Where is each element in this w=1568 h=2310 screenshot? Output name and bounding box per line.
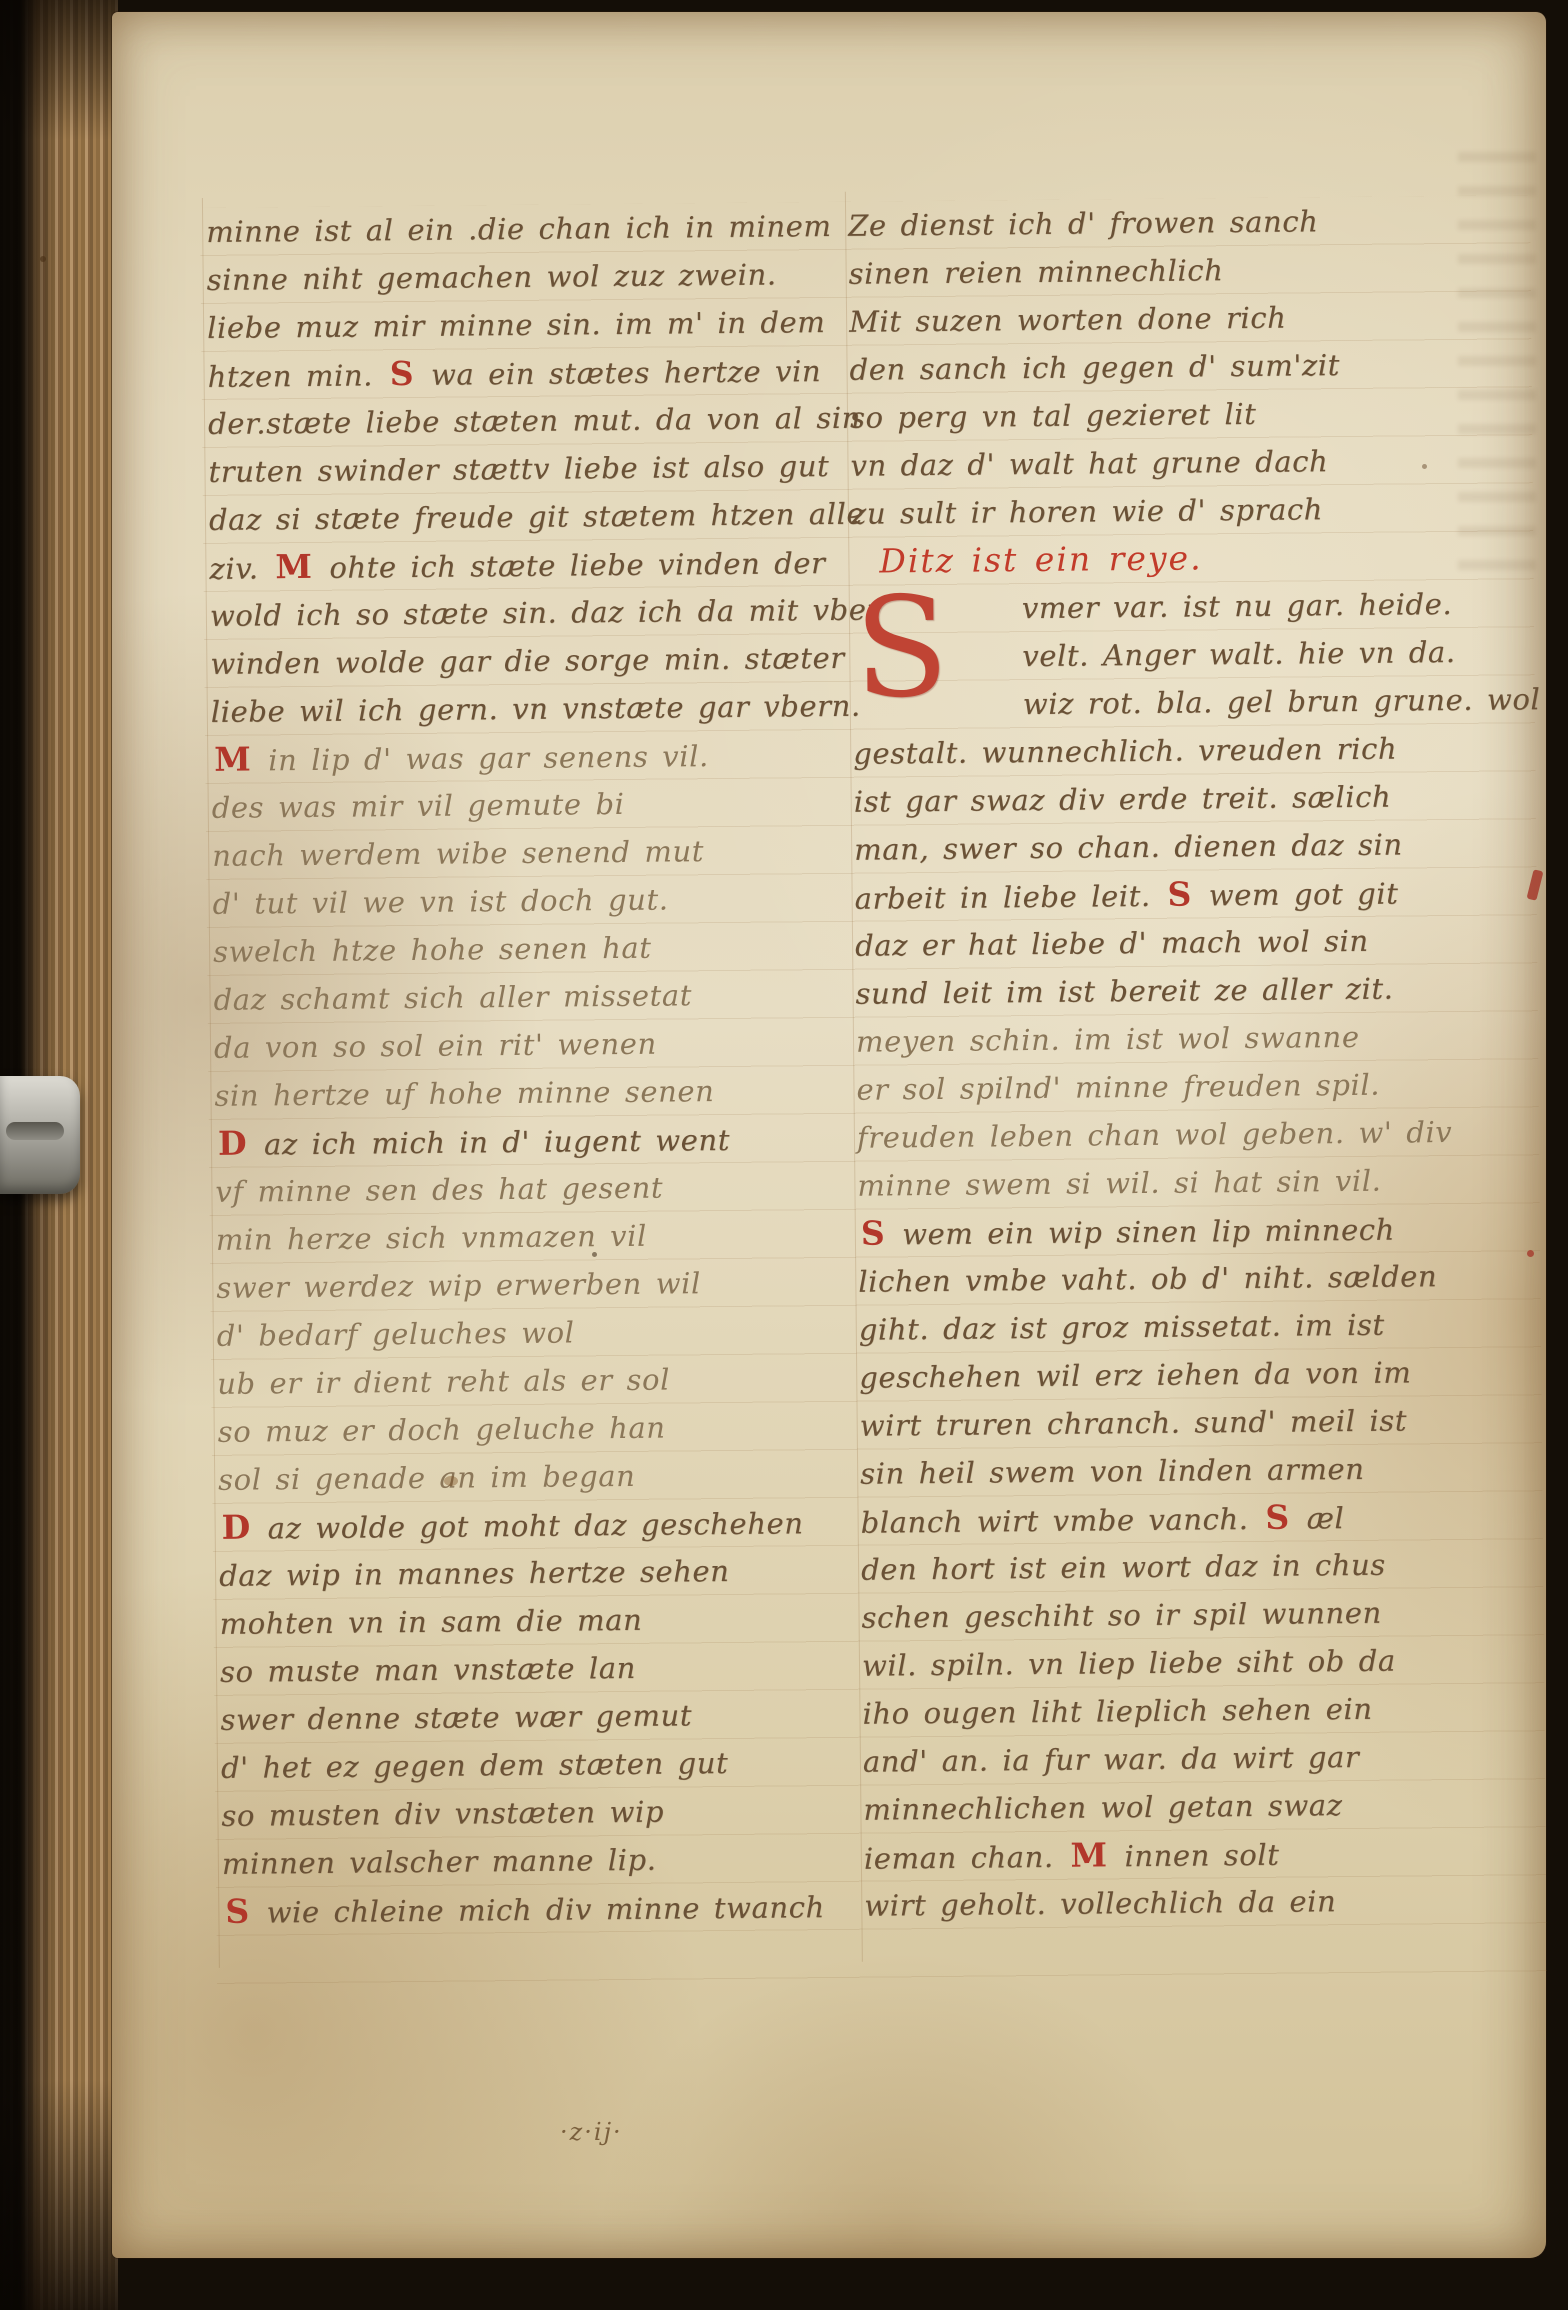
ink-text: ohte ich stæte liebe vinden der: [315, 546, 825, 585]
text-area: minne ist al ein .die chan ich in minems…: [200, 195, 1547, 1988]
ink-text: mohten vn in sam die man: [219, 1603, 642, 1641]
text-line: minne swem si wil. si hat sin vil.: [857, 1156, 1497, 1210]
ink-text: liebe muz mir minne sin. im m' in dem: [207, 305, 826, 345]
ink-text: and' an. ia fur war. da wirt gar: [863, 1740, 1360, 1779]
ink-text: gestalt. wunnechlich. vreuden rich: [853, 732, 1397, 771]
ink-text: sinen reien minnechlich: [848, 253, 1223, 291]
ink-text: swelch htze hohe senen hat: [213, 931, 652, 969]
text-line: daz si stæte freude git stætem htzen all…: [209, 490, 824, 544]
ink-text: truten swinder stættv liebe ist also gut: [208, 449, 829, 489]
red-initial: S: [858, 1213, 889, 1252]
text-line: Mit suzen worten done rich: [849, 292, 1489, 346]
text-line: wold ich so stæte sin. daz ich da mit vb…: [210, 586, 825, 640]
text-line: daz er hat liebe d' mach wol sin: [855, 916, 1495, 970]
text-line: ist gar swaz div erde treit. sælich: [853, 772, 1493, 826]
ink-text: freuden leben chan wol geben. w' div: [857, 1115, 1453, 1155]
ink-text: d' tut vil we vn ist doch gut.: [213, 883, 669, 921]
text-line: giht. daz ist groz missetat. im ist: [859, 1300, 1499, 1354]
text-line: so muz er doch geluche han: [218, 1402, 833, 1456]
text-line: wiz rot. bla. gel brun grune. wol: [853, 676, 1493, 730]
text-line: wirt geholt. vollechlich da ein: [864, 1876, 1504, 1930]
text-line: zu sult ir horen wie d' sprach: [851, 484, 1491, 538]
text-line: gestalt. wunnechlich. vreuden rich: [853, 724, 1493, 778]
text-line: minne ist al ein .die chan ich in minem: [206, 202, 821, 256]
ink-text: ziv.: [209, 551, 272, 586]
text-line: geschehen wil erz iehen da von im: [859, 1348, 1499, 1402]
red-initial: S: [222, 1892, 253, 1931]
ink-text: wil. spiln. vn liep liebe siht ob da: [862, 1644, 1396, 1683]
text-line: daz schamt sich aller missetat: [213, 970, 828, 1024]
ink-text: d' bedarf geluches wol: [217, 1315, 575, 1352]
ink-text: daz schamt sich aller missetat: [213, 978, 692, 1017]
text-line: so perg vn tal gezieret lit: [850, 388, 1490, 442]
manuscript-page: minne ist al ein .die chan ich in minems…: [112, 12, 1546, 2258]
ink-text: er sol spilnd' minne freuden spil.: [856, 1068, 1380, 1107]
ink-text: d' het ez gegen dem stæten gut: [221, 1746, 729, 1785]
text-line: daz wip in mannes hertze sehen: [219, 1546, 834, 1600]
text-line: sund leit im ist bereit ze aller zit.: [855, 964, 1495, 1018]
text-line: iho ougen liht lieplich sehen ein: [862, 1684, 1502, 1738]
ink-text: geschehen wil erz iehen da von im: [859, 1355, 1411, 1394]
text-line: D az wolde got moht daz geschehen: [218, 1498, 833, 1552]
ink-text: da von so sol ein rit' wenen: [214, 1027, 657, 1065]
text-line: htzen min. S wa ein stætes hertze vin: [207, 346, 822, 400]
text-line: nach werdem wibe senend mut: [212, 826, 827, 880]
text-line: blanch wirt vmbe vanch. S æl: [860, 1492, 1500, 1546]
ink-text: sund leit im ist bereit ze aller zit.: [855, 972, 1393, 1011]
text-line: freuden leben chan wol geben. w' div: [857, 1108, 1497, 1162]
ink-text: minnen valscher manne lip.: [222, 1843, 657, 1881]
ink-text: az wolde got moht daz geschehen: [254, 1506, 804, 1545]
ink-text: nach werdem wibe senend mut: [212, 834, 704, 873]
text-line: winden wolde gar die sorge min. stæter: [210, 634, 825, 688]
text-line: liebe muz mir minne sin. im m' in dem: [207, 298, 822, 352]
ink-text: sinne niht gemachen wol zuz zwein.: [207, 257, 777, 296]
text-line: vf minne sen des hat gesent: [215, 1162, 830, 1216]
text-line: so muste man vnstæte lan: [220, 1642, 835, 1696]
ink-text: ieman chan.: [864, 1840, 1068, 1876]
text-line: minnechlichen wol getan swaz: [863, 1780, 1503, 1834]
red-edge-mark: [1527, 1250, 1534, 1257]
text-line: er sol spilnd' minne freuden spil.: [856, 1060, 1496, 1114]
ink-text: so muste man vnstæte lan: [220, 1651, 636, 1689]
stain: [444, 1476, 458, 1486]
ink-text: lichen vmbe vaht. ob d' niht. sælden: [858, 1259, 1437, 1299]
ink-text: iho ougen liht lieplich sehen ein: [862, 1692, 1372, 1731]
text-line: swelch htze hohe senen hat: [213, 922, 828, 976]
ink-text: ub er ir dient reht als er sol: [217, 1363, 670, 1401]
ink-text: az ich mich in d' iugent went: [250, 1123, 730, 1162]
red-initial: S: [387, 354, 418, 393]
ink-text: zu sult ir horen wie d' sprach: [851, 492, 1323, 531]
ink-text: wiz rot. bla. gel brun grune. wol: [1023, 682, 1541, 721]
ink-text: vn daz d' walt hat grune dach: [850, 444, 1328, 483]
ink-text: sin hertze uf hohe minne senen: [214, 1074, 714, 1113]
text-line: min herze sich vnmazen vil: [216, 1210, 831, 1264]
text-line: ziv. M ohte ich stæte liebe vinden der: [209, 538, 824, 592]
ink-text: sol si genade an im began: [218, 1459, 636, 1497]
ink-text: wirt geholt. vollechlich da ein: [864, 1884, 1336, 1923]
text-line: velt. Anger walt. hie vn da.: [852, 628, 1492, 682]
ink-text: so musten div vnstæten wip: [221, 1795, 664, 1833]
ink-text: min herze sich vnmazen vil: [216, 1219, 647, 1257]
text-line: d' tut vil we vn ist doch gut.: [212, 874, 827, 928]
text-line: liebe wil ich gern. vn vnstæte gar vbern…: [211, 682, 826, 736]
ink-text: arbeit in liebe leit.: [854, 879, 1164, 916]
text-line: swer werdez wip erwerben wil: [216, 1258, 831, 1312]
red-initial: M: [1067, 1835, 1111, 1874]
text-line: sinne niht gemachen wol zuz zwein.: [206, 250, 821, 304]
text-line: wil. spiln. vn liep liebe siht ob da: [862, 1636, 1502, 1690]
metal-clasp: [0, 1076, 80, 1194]
text-line: den sanch ich gegen d' sum'zit: [849, 340, 1489, 394]
text-line: schen geschiht so ir spil wunnen: [861, 1588, 1501, 1642]
ink-text: des was mir vil gemute bi: [212, 787, 625, 825]
ink-speck: [592, 1252, 597, 1257]
red-initial: S: [1262, 1498, 1293, 1537]
text-line: da von so sol ein rit' wenen: [214, 1018, 829, 1072]
ink-text: blanch wirt vmbe vanch.: [860, 1502, 1262, 1540]
ink-text: velt. Anger walt. hie vn da.: [1022, 635, 1456, 673]
text-line: Svmer var. ist nu gar. heide.: [852, 580, 1492, 634]
ink-text: wem got git: [1195, 877, 1399, 913]
red-initial: D: [215, 1124, 251, 1163]
ink-text: vmer var. ist nu gar. heide.: [1022, 587, 1453, 625]
ink-text: wie chleine mich div minne twanch: [253, 1890, 825, 1929]
ink-text: daz si stæte freude git stætem htzen all…: [209, 497, 865, 537]
text-line: D az ich mich in d' iugent went: [215, 1114, 830, 1168]
ink-text: sin heil swem von linden armen: [860, 1452, 1365, 1491]
text-line: sinen reien minnechlich: [848, 244, 1488, 298]
ink-text: wa ein stætes hertze vin: [417, 354, 821, 392]
text-line: lichen vmbe vaht. ob d' niht. sælden: [858, 1252, 1498, 1306]
text-line: mohten vn in sam die man: [219, 1594, 834, 1648]
text-line: des was mir vil gemute bi: [212, 778, 827, 832]
text-line: Ze dienst ich d' frowen sanch: [848, 196, 1488, 250]
ink-text: æl: [1293, 1501, 1345, 1535]
ink-text: swer denne stæte wær gemut: [220, 1698, 692, 1737]
ink-text: den hort ist ein wort daz in chus: [861, 1548, 1386, 1587]
text-line: den hort ist ein wort daz in chus: [861, 1540, 1501, 1594]
photograph-of-manuscript: { "page": { "parchment_color": "#e7ddc3"…: [0, 0, 1568, 2310]
ink-text: minne swem si wil. si hat sin vil.: [857, 1164, 1381, 1203]
text-line: S wem ein wip sinen lip minnech: [858, 1204, 1498, 1258]
text-line: d' bedarf geluches wol: [217, 1306, 832, 1360]
ink-text: meyen schin. im ist wol swanne: [856, 1020, 1360, 1059]
ink-text: den sanch ich gegen d' sum'zit: [849, 348, 1340, 387]
ink-text: in lip d' was gar senens vil.: [254, 739, 709, 777]
ink-text: wold ich so stæte sin. daz ich da mit vb…: [210, 592, 881, 632]
text-line: M in lip d' was gar senens vil.: [211, 730, 826, 784]
right-column: Ze dienst ich d' frowen sanchsinen reien…: [848, 196, 1505, 1930]
ink-text: schen geschiht so ir spil wunnen: [861, 1596, 1382, 1635]
text-line: and' an. ia fur war. da wirt gar: [863, 1732, 1503, 1786]
text-line: swer denne stæte wær gemut: [220, 1690, 835, 1744]
text-line: S wie chleine mich div minne twanch: [222, 1882, 837, 1936]
ink-text: der.stæte liebe stæten mut. da von al si…: [208, 401, 861, 441]
text-line: vn daz d' walt hat grune dach: [850, 436, 1490, 490]
red-initial: M: [211, 740, 255, 779]
red-initial: M: [272, 547, 316, 586]
text-line: sin hertze uf hohe minne senen: [214, 1066, 829, 1120]
text-line: d' het ez gegen dem stæten gut: [221, 1738, 836, 1792]
ink-text: vf minne sen des hat gesent: [215, 1171, 663, 1209]
text-line: minnen valscher manne lip.: [222, 1834, 837, 1888]
ink-text: liebe wil ich gern. vn vnstæte gar vbern…: [211, 689, 861, 729]
text-line: meyen schin. im ist wol swanne: [856, 1012, 1496, 1066]
ink-text: Ze dienst ich d' frowen sanch: [848, 204, 1319, 243]
text-line: der.stæte liebe stæten mut. da von al si…: [208, 394, 823, 448]
text-line: ieman chan. M innen solt: [864, 1828, 1504, 1882]
ink-text: daz wip in mannes hertze sehen: [219, 1554, 730, 1593]
ink-text: winden wolde gar die sorge min. stæter: [210, 641, 845, 681]
text-line: so musten div vnstæten wip: [221, 1786, 836, 1840]
ink-text: man, swer so chan. dienen daz sin: [854, 827, 1403, 866]
ink-speck: [40, 256, 46, 262]
ink-text: Mit suzen worten done rich: [849, 301, 1287, 339]
ink-text: htzen min.: [207, 358, 386, 394]
ink-text: so perg vn tal gezieret lit: [850, 397, 1257, 435]
text-line: wirt truren chranch. sund' meil ist: [859, 1396, 1499, 1450]
text-line: sin heil swem von linden armen: [860, 1444, 1500, 1498]
text-line: arbeit in liebe leit. S wem got git: [854, 868, 1494, 922]
ink-text: giht. daz ist groz missetat. im ist: [859, 1308, 1385, 1347]
ink-text: so muz er doch geluche han: [218, 1411, 666, 1449]
red-initial: D: [218, 1508, 254, 1547]
text-line: ub er ir dient reht als er sol: [217, 1354, 832, 1408]
ink-text: swer werdez wip erwerben wil: [216, 1266, 701, 1305]
left-column: minne ist al ein .die chan ich in minems…: [206, 202, 838, 1936]
ink-text: minne ist al ein .die chan ich in minem: [206, 209, 832, 249]
ink-text: ist gar swaz div erde treit. sælich: [854, 780, 1392, 819]
ink-text: wem ein wip sinen lip minnech: [888, 1213, 1395, 1252]
red-initial: S: [1164, 874, 1195, 913]
text-line: sol si genade an im began: [218, 1450, 833, 1504]
ink-text: innen solt: [1110, 1838, 1279, 1874]
ink-speck: [1422, 464, 1427, 469]
ink-text: daz er hat liebe d' mach wol sin: [855, 924, 1369, 963]
ink-text: wirt truren chranch. sund' meil ist: [860, 1403, 1408, 1442]
ink-text: minnechlichen wol getan swaz: [863, 1788, 1342, 1827]
quire-signature: ·z·ij·: [560, 2118, 623, 2146]
text-line: truten swinder stættv liebe ist also gut: [208, 442, 823, 496]
text-line: man, swer so chan. dienen daz sin: [854, 820, 1494, 874]
